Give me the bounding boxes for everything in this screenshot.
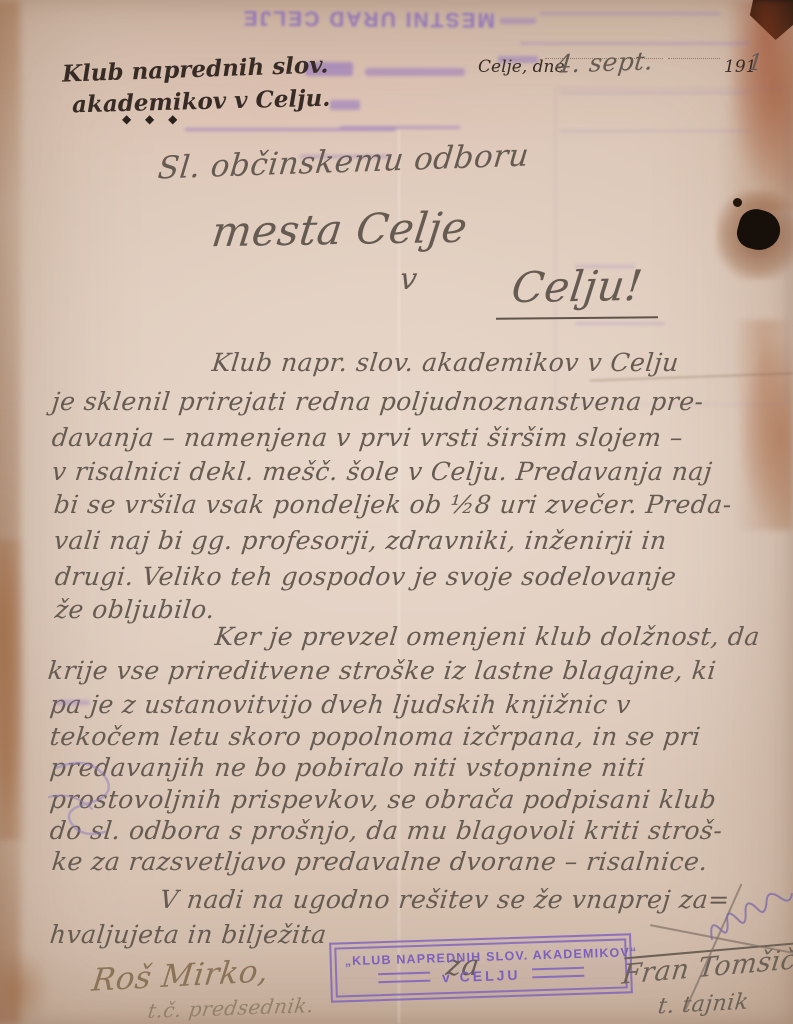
bleed-line <box>560 130 750 132</box>
signature-right-role: t. tajnik <box>657 990 751 1020</box>
signature-left-role: t.č. predsednik. <box>146 993 315 1023</box>
bleed-line <box>540 12 720 15</box>
club-stamp-line2: v CELJU <box>442 967 521 985</box>
signature-right-name: Fran Tomšič <box>620 944 793 991</box>
letterhead-ornament: ◆ ◆ ◆ <box>122 112 182 126</box>
received-stamp: MESTNI URAD CELJE <box>205 5 495 32</box>
body-line: tekočem letu skoro popolnoma izčrpana, i… <box>48 722 702 751</box>
address-line3: v <box>398 262 419 297</box>
body-line: pa je z ustanovitvijo dveh ljudskih knji… <box>48 690 632 719</box>
dateline-date-handwritten: 4. sept. <box>554 46 654 79</box>
ink-hole-halo <box>716 190 793 280</box>
dateline-year-digit: 1 <box>747 50 765 76</box>
body-line: Ker je prevzel omenjeni klub dolžnost, d… <box>213 622 761 651</box>
bleed-line <box>575 322 665 325</box>
body-line: bi se vršila vsak pondeljek ob ½8 uri zv… <box>52 490 733 519</box>
body-line: predavanjih ne bo pobiralo niti vstopnin… <box>48 753 647 782</box>
ink-hole-dot <box>733 198 742 207</box>
closing-line: hvaljujeta in bilježita <box>48 920 328 949</box>
body-line: do sl. odbora s prošnjo, da mu blagovoli… <box>48 816 724 845</box>
bleed-mark <box>365 68 465 76</box>
body-line: drugi. Veliko teh gospodov je svoje sode… <box>53 562 678 591</box>
bleed-line <box>500 18 536 24</box>
stamp-dash <box>378 972 430 984</box>
signature-left-name: Roš Mirko, <box>90 953 271 999</box>
address-underline <box>496 316 658 319</box>
dateline-place: Celje, dne <box>478 57 565 77</box>
dateline-rule <box>668 58 720 59</box>
bleed-line <box>185 128 395 131</box>
body-line: Klub napr. slov. akademikov v Celju <box>210 348 680 377</box>
bleed-line <box>560 92 750 94</box>
ink-hole <box>734 205 785 255</box>
letterhead-line2: akademikov v Celju. <box>72 85 331 119</box>
club-rubber-stamp: „KLUB NAPREDNIH SLOV. AKADEMIKOV“ v CELJ… <box>329 933 633 1002</box>
top-right-tear <box>742 0 793 40</box>
address-line4: Celju! <box>509 261 645 312</box>
margin-scribble <box>36 747 128 852</box>
bleed-mark <box>330 100 360 110</box>
body-line: že obljubilo. <box>53 595 216 624</box>
body-line: prostovoljnih prispevkov, se obrača podp… <box>48 785 717 814</box>
bleed-line <box>340 126 460 129</box>
address-line2: mesta Celje <box>209 203 470 257</box>
letterhead-line1: Klub naprednih slov. <box>62 51 329 87</box>
bottom-left-stain <box>0 950 50 1024</box>
received-stamp-text: MESTNI URAD CELJE <box>205 5 495 32</box>
right-mid-stain <box>730 320 793 530</box>
address-line1: Sl. občinskemu odboru <box>156 137 531 186</box>
body-line: v risalnici dekl. mešč. šole v Celju. Pr… <box>50 457 713 486</box>
body-line: ke za razsvetljavo predavalne dvorane – … <box>50 847 709 876</box>
left-stain-blob <box>0 540 28 840</box>
body-line: krije vse prireditvene stroške iz lastne… <box>46 656 717 685</box>
body-line: je sklenil prirejati redna poljudnoznans… <box>50 387 705 416</box>
body-line: vali naj bi gg. profesorji, zdravniki, i… <box>52 526 668 555</box>
left-edge-stain-band <box>0 0 20 1024</box>
stamp-dash <box>532 967 584 979</box>
bleed-line <box>520 42 750 45</box>
body-line: davanja – namenjena v prvi vrsti širšim … <box>50 423 684 452</box>
closing-line: V nadi na ugodno rešitev se že vnaprej z… <box>158 885 731 914</box>
top-right-stain <box>718 0 793 210</box>
scanned-letter-page: MESTNI URAD CELJE Klub naprednih slov. a… <box>0 0 793 1024</box>
